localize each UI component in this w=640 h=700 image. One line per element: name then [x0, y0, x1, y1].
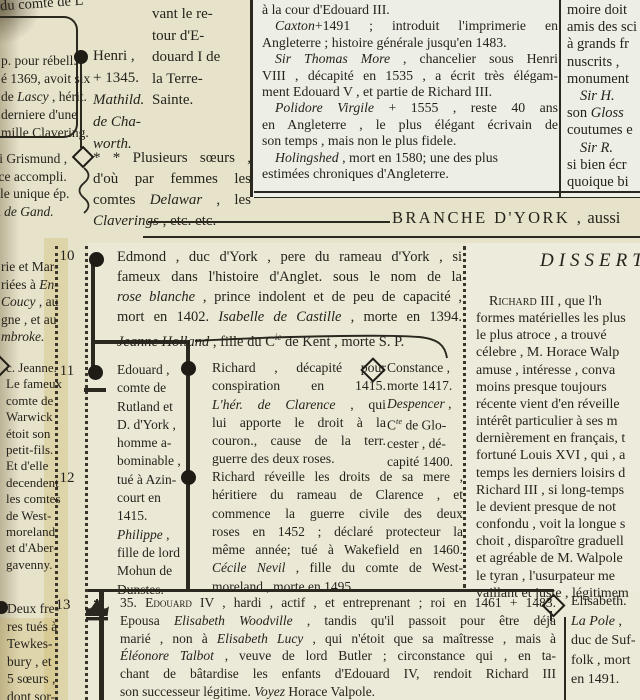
left-margin-notes-top: rie et Mar-riées à En-Coucy , augne , et… [1, 258, 59, 346]
edward-iv-entry: 35. Edouard IV , hardi , actif , et entr… [120, 594, 556, 700]
dotted-rule-margin-right [85, 246, 88, 700]
double-rule-top-b [254, 197, 640, 199]
node-bullet-11 [88, 365, 103, 380]
book-page: et du comte de L p. pour rébell.é 1369, … [0, 0, 640, 700]
header-dash [148, 221, 390, 223]
crusade-note: vant le re-tour d'E-douard I dela Terre-… [152, 4, 220, 112]
line-elisabeth-stem [550, 611, 552, 621]
double-rule-top-a [254, 191, 640, 193]
henri-entry: Henri ,+ 1345.Mathild.de Cha-worth. [93, 45, 144, 155]
section-title: BRANCHE D'YORK , aussi [392, 208, 620, 228]
line-henri-stem [80, 50, 82, 148]
elisabeth-entry: Elisabeth.La Pole ,duc de Suf-folk , mor… [571, 592, 636, 690]
left-box-notes-b: nri Grismund ,ince accompli.fille unique… [0, 150, 69, 220]
edmond-duke-of-york-entry: Edmond , duc d'York , pere du rameau d'Y… [117, 247, 462, 352]
constance-entry: Constance ,morte 1417.Despencer ,Cte de … [387, 359, 453, 471]
top-left-fragment: et du comte de L [0, 0, 84, 16]
line-descent-main [91, 258, 95, 372]
node-bullet-richard-conspirator [181, 361, 196, 376]
dotted-rule-dissertation [463, 246, 466, 588]
richard-duke-of-york-entry: Richard réveille les droits de sa mere ,… [212, 468, 463, 596]
left-box-notes: p. pour rébell.é 1369, avoit sixde Lascy… [1, 52, 77, 142]
edouard-rutland-entry: Edouard ,comte deRutland etD. d'York ,ho… [117, 361, 181, 599]
marriage-diamond-top [72, 146, 95, 169]
left-margin-notes-bottom: Deux fre-res tués àTewkes-bury , et5 sœu… [7, 600, 59, 700]
line-extinct-dash [84, 388, 106, 392]
column-rule-elisabeth [564, 617, 566, 700]
historians-note: à la cour d'Edouard III.Caxton+1491 ; in… [262, 2, 558, 182]
node-bullet-10 [89, 252, 104, 267]
column-rule-right [559, 0, 561, 197]
crown-icon [83, 599, 111, 623]
dissertation-text: Richard III , que l'hformes matérielles … [476, 293, 629, 602]
line-branch-13 [88, 589, 554, 592]
node-bullet-12 [181, 470, 196, 485]
sisters-note: * * Plusieurs sœurs ,d'où par femmes les… [93, 148, 251, 232]
header-rule [143, 236, 640, 238]
richard-conspirator-entry: Richard , décapité pourconspiration en 1… [212, 359, 386, 469]
line-descent-rutland [186, 340, 190, 592]
node-bullet-henri [74, 50, 88, 64]
dissertation-heading: DISSERT [540, 250, 640, 272]
wavy-line [77, 168, 91, 214]
right-margin-column: moire doitamis des scià grands frnuscrit… [567, 2, 637, 191]
column-rule-left [250, 0, 253, 197]
left-margin-notes-mid: c. Jeanne.Le fameuxcomte deWarwickétoit … [6, 360, 62, 573]
